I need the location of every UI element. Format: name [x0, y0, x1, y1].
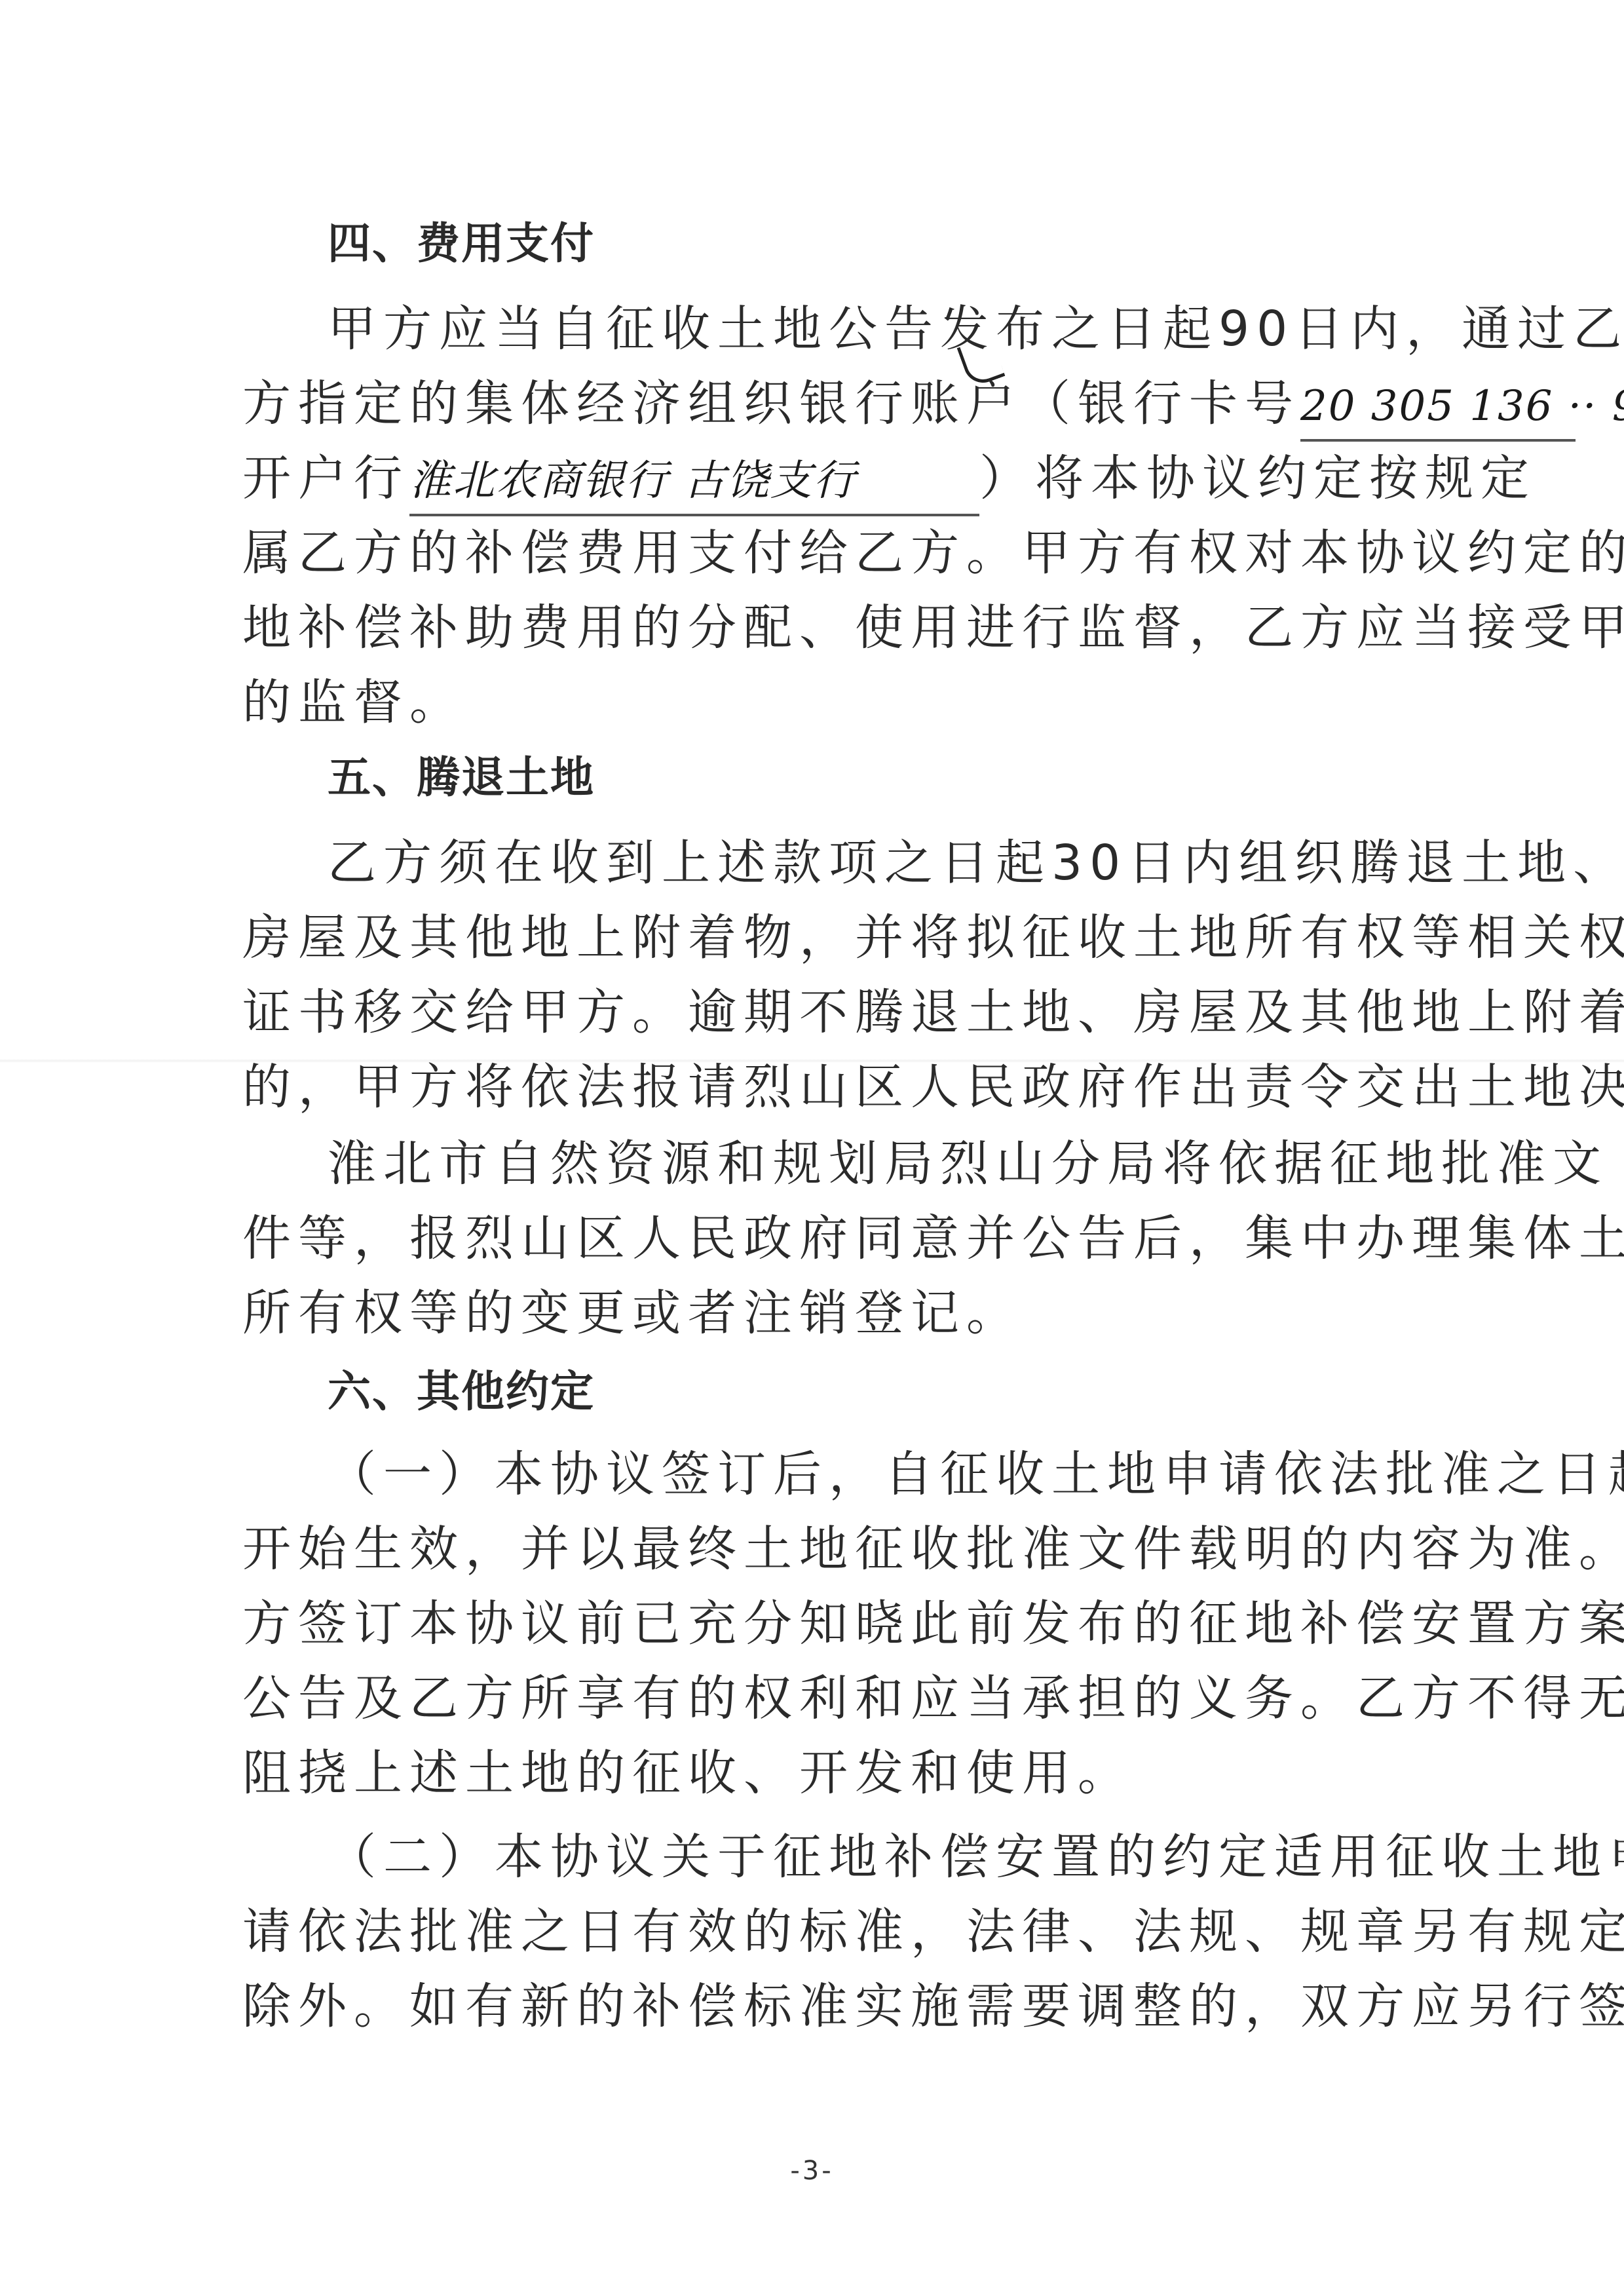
- page-number: -3-: [0, 2156, 1624, 2186]
- document-page: 四、费用支付 甲方应当自征收土地公告发布之日起90日内，通过乙 方指定的集体经济…: [0, 0, 1624, 2296]
- paragraph-line: 地补偿补助费用的分配、使用进行监督，乙方应当接受甲方: [242, 595, 1382, 660]
- account-number-handwritten: 20 305 136 ·· 9000011: [1300, 373, 1624, 439]
- paragraph-line: 所有权等的变更或者注销登记。: [242, 1280, 1382, 1346]
- line-text: 开户行: [242, 450, 409, 507]
- paragraph-line: 开户行淮北农商银行 古饶支行）将本协议约定按规定: [242, 446, 1382, 516]
- paragraph-line: 除外。如有新的补偿标准实施需要调整的，双方应另行签订: [242, 1974, 1382, 2039]
- section-heading-other-terms: 六、其他约定: [328, 1359, 595, 1425]
- paragraph-line: 乙方须在收到上述款项之日起30日内组织腾退土地、: [328, 830, 1382, 896]
- bank-name-field: 淮北农商银行 古饶支行: [409, 446, 979, 516]
- paragraph-line: 公告及乙方所享有的权利和应当承担的义务。乙方不得无故: [242, 1666, 1382, 1731]
- account-number-field: 20 305 136 ·· 9000011: [1300, 371, 1576, 442]
- paragraph-line: 件等，报烈山区人民政府同意并公告后，集中办理集体土地: [242, 1206, 1382, 1271]
- line-text: 方指定的集体经济组织银行账户（银行卡号: [242, 375, 1300, 432]
- paragraph-line: 甲方应当自征收土地公告发布之日起90日内，通过乙: [328, 296, 1382, 362]
- line-text: ）将本协议约定按规定: [979, 450, 1536, 507]
- paragraph-line: 阻挠上述土地的征收、开发和使用。: [242, 1740, 1382, 1806]
- section-heading-fee-payment: 四、费用支付: [328, 211, 595, 277]
- paragraph-line: 属乙方的补偿费用支付给乙方。甲方有权对本协议约定的征: [242, 520, 1382, 586]
- section-heading-land-vacating: 五、腾退土地: [328, 745, 595, 811]
- paragraph-line: 的，甲方将依法报请烈山区人民政府作出责令交出土地决定。: [242, 1054, 1382, 1120]
- paragraph-line: （一）本协议签订后，自征收土地申请依法批准之日起: [328, 1442, 1382, 1507]
- paragraph-line: 淮北市自然资源和规划局烈山分局将依据征地批准文: [328, 1131, 1382, 1196]
- paragraph-line: 房屋及其他地上附着物，并将拟征收土地所有权等相关权属: [242, 905, 1382, 970]
- paragraph-line: 方签订本协议前已充分知晓此前发布的征地补偿安置方案: [242, 1591, 1382, 1656]
- bank-name-handwritten: 淮北农商银行 古饶支行: [409, 448, 856, 514]
- paragraph-line: 请依法批准之日有效的标准，法律、法规、规章另有规定的: [242, 1899, 1382, 1964]
- paragraph-line: 开始生效，并以最终土地征收批准文件载明的内容为准。乙: [242, 1516, 1382, 1582]
- paragraph-line: 方指定的集体经济组织银行账户（银行卡号20 305 136 ·· 9000011: [242, 371, 1382, 442]
- paragraph-line: （二）本协议关于征地补偿安置的约定适用征收土地申: [328, 1824, 1382, 1890]
- paragraph-line: 证书移交给甲方。逾期不腾退土地、房屋及其他地上附着物: [242, 980, 1382, 1045]
- paragraph-line: 的监督。: [242, 670, 1382, 735]
